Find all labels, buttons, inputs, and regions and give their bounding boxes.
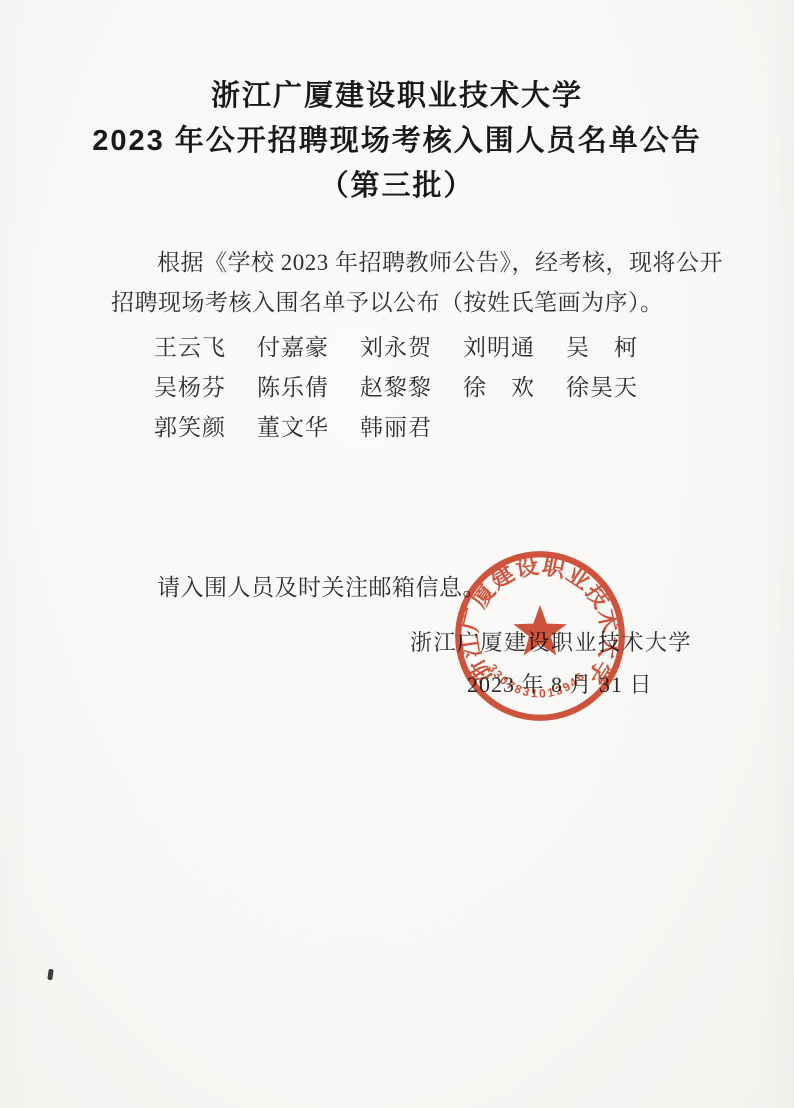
candidate-name: 董文华: [257, 409, 329, 442]
seal-code: 3307831013946: [485, 661, 588, 700]
official-seal: 浙江广厦建设职业技术大学 3307831013946: [452, 548, 628, 724]
ink-speck-artifact: [47, 969, 53, 981]
title-line-3: （第三批）: [0, 164, 794, 209]
name-row-1: 王云飞 付嘉豪 刘永贺 刘明通 吴 柯: [154, 325, 638, 365]
candidate-name: 吴杨芬: [154, 369, 226, 402]
candidate-name: 徐昊天: [566, 369, 638, 402]
candidate-name: 韩丽君: [360, 409, 432, 442]
candidate-name: 刘明通: [463, 329, 535, 362]
candidate-name: 付嘉豪: [257, 329, 329, 362]
name-row-2: 吴杨芬 陈乐倩 赵黎黎 徐 欢 徐昊天: [154, 365, 638, 405]
intro-line-1: 根据《学校 2023 年招聘教师公告》，经考核，现将公开: [111, 243, 691, 283]
candidate-name: 郭笑颜: [154, 409, 226, 442]
title-line-1: 浙江广厦建设职业技术大学: [0, 74, 794, 119]
document-title: 浙江广厦建设职业技术大学 2023 年公开招聘现场考核入围人员名单公告 （第三批…: [0, 74, 794, 209]
candidate-name-list: 王云飞 付嘉豪 刘永贺 刘明通 吴 柯 吴杨芬 陈乐倩 赵黎黎 徐 欢 徐昊天 …: [154, 325, 638, 445]
candidate-name: 陈乐倩: [257, 369, 329, 402]
intro-line-2: 招聘现场考核入围名单予以公布（按姓氏笔画为序）。: [111, 283, 691, 323]
title-line-2: 2023 年公开招聘现场考核入围人员名单公告: [0, 119, 794, 164]
candidate-name: 徐 欢: [463, 369, 535, 402]
candidate-name: 吴 柯: [566, 329, 638, 362]
red-star-icon: [513, 605, 566, 656]
candidate-name: 王云飞: [154, 329, 226, 362]
name-row-3: 郭笑颜 董文华 韩丽君: [154, 405, 638, 445]
candidate-name: 刘永贺: [360, 329, 432, 362]
document-page: 浙江广厦建设职业技术大学 2023 年公开招聘现场考核入围人员名单公告 （第三批…: [0, 0, 794, 1108]
intro-paragraph: 根据《学校 2023 年招聘教师公告》，经考核，现将公开 招聘现场考核入围名单予…: [111, 243, 691, 323]
candidate-name: 赵黎黎: [360, 369, 432, 402]
